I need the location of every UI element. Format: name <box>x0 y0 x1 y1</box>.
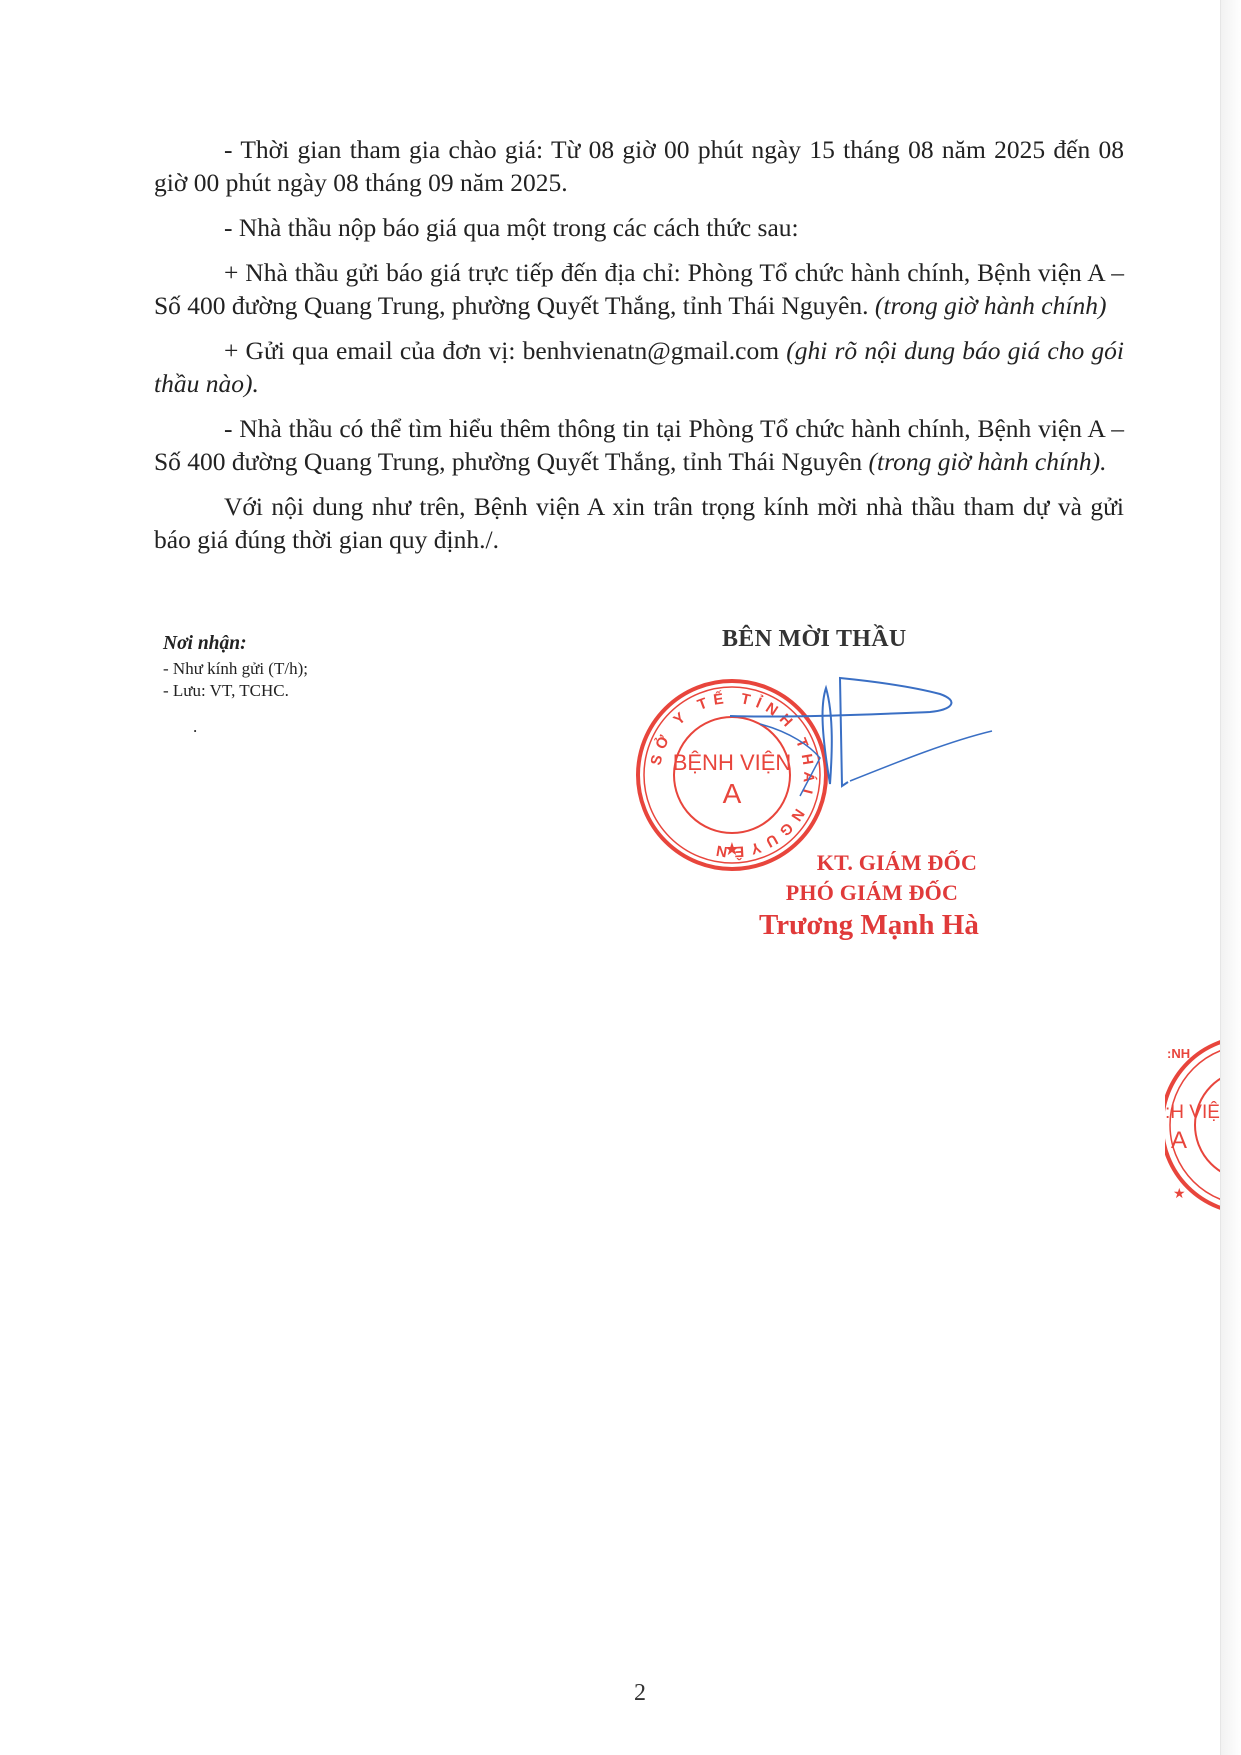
paragraph-italic: (trong giờ hành chính). <box>869 447 1107 476</box>
paragraph-closing: Với nội dung như trên, Bệnh viện A xin t… <box>154 490 1124 556</box>
paragraph-text: - Nhà thầu nộp báo giá qua một trong các… <box>224 213 799 242</box>
recipients-title: Nơi nhận: <box>163 632 308 656</box>
svg-text::H VIỆI: :H VIỆI <box>1165 1101 1225 1123</box>
document-body: - Thời gian tham gia chào giá: Từ 08 giờ… <box>154 133 1124 566</box>
svg-text::NH: :NH <box>1167 1046 1190 1061</box>
paragraph-email-submission: + Gửi qua email của đơn vị: benhvienatn@… <box>154 334 1124 400</box>
paragraph-more-info: - Nhà thầu có thể tìm hiểu thêm thông ti… <box>154 412 1124 478</box>
handwritten-signature-icon <box>730 676 1000 816</box>
signer-block: KT. GIÁM ĐỐC PHÓ GIÁM ĐỐC Trương Mạnh Hà <box>765 848 979 942</box>
recipients-block: Nơi nhận: - Như kính gửi (T/h); - Lưu: V… <box>163 632 308 738</box>
stray-dot: . <box>193 716 308 738</box>
paragraph-text: Với nội dung như trên, Bệnh viện A xin t… <box>154 492 1124 554</box>
recipient-item: - Lưu: VT, TCHC. <box>163 680 308 702</box>
page-edge <box>1220 0 1241 1755</box>
paragraph-direct-submission: + Nhà thầu gửi báo giá trực tiếp đến địa… <box>154 256 1124 322</box>
recipient-item: - Như kính gửi (T/h); <box>163 658 308 680</box>
paragraph-submission-methods: - Nhà thầu nộp báo giá qua một trong các… <box>154 211 1124 244</box>
document-page: - Thời gian tham gia chào giá: Từ 08 giờ… <box>0 0 1220 1755</box>
signer-name: Trương Mạnh Hà <box>759 908 979 942</box>
paragraph-text: + Gửi qua email của đơn vị: benhvienatn@… <box>224 336 786 365</box>
svg-text:★: ★ <box>1173 1187 1186 1202</box>
page-number: 2 <box>634 1680 646 1707</box>
partial-seal-icon: :NH :H VIỆI A ★ <box>1165 1030 1225 1220</box>
signature-heading: BÊN MỜI THẦU <box>722 626 907 653</box>
svg-text:★: ★ <box>724 839 740 859</box>
signer-position-2: PHÓ GIÁM ĐỐC <box>765 878 979 908</box>
paragraph-italic: (trong giờ hành chính) <box>875 291 1107 320</box>
svg-text:A: A <box>1171 1127 1187 1154</box>
signer-position-1: KT. GIÁM ĐỐC <box>815 848 979 878</box>
paragraph-text: - Thời gian tham gia chào giá: Từ 08 giờ… <box>154 135 1124 197</box>
paragraph-bid-time: - Thời gian tham gia chào giá: Từ 08 giờ… <box>154 133 1124 199</box>
